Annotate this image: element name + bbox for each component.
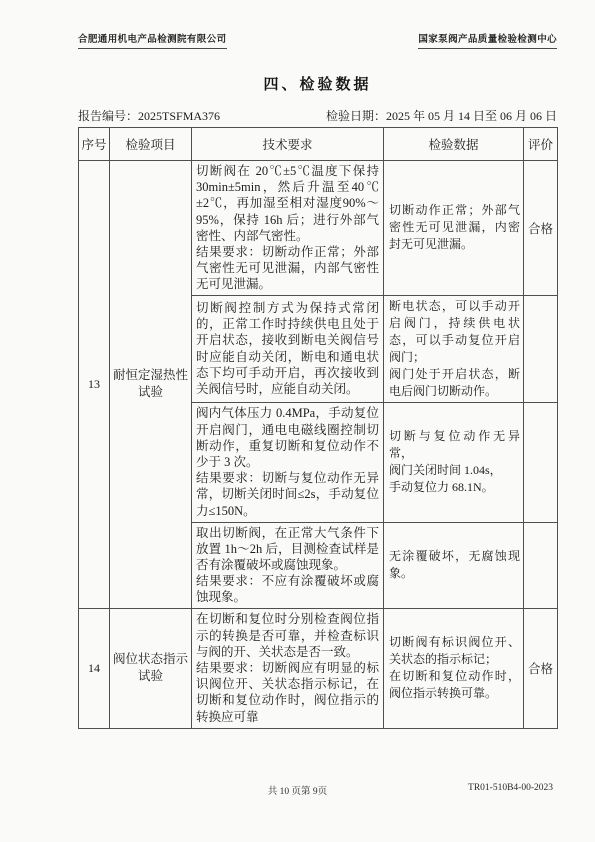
inspection-data: 切断阀有标识阀位开、关状态的指示标记； 在切断和复位动作时，阀位指示转换可靠。 <box>384 608 524 728</box>
tech-requirement: 在切断和复位时分别检查阀位指示的转换是否可靠，并检查标识与阀的开、关状态是否一致… <box>192 608 384 728</box>
col-header-requirement: 技术要求 <box>192 128 384 161</box>
tech-requirement: 取出切断阀，在正常大气条件下放置 1h～2h 后，目测检查试样是否有涂覆破坏或腐… <box>192 522 384 608</box>
inspection-date-value: 2025 年 05 月 14 日至 06 月 06 日 <box>386 109 557 123</box>
form-code: TR01-510B4-00-2023 <box>468 783 553 793</box>
inspection-date-label: 检验日期： <box>326 109 386 123</box>
table-row: 14 阀位状态指示试验 在切断和复位时分别检查阀位指示的转换是否可靠，并检查标识… <box>79 608 558 728</box>
tech-requirement: 切断阀在 20℃±5℃温度下保持30min±5min，然后升温至40℃±2℃，再… <box>192 161 384 296</box>
inspection-data: 切断动作正常；外部气密性无可见泄漏，内密封无可见泄漏。 <box>384 161 524 296</box>
document-header: 合肥通用机电产品检测院有限公司 国家泵阀产品质量检验检测中心 <box>78 0 557 49</box>
col-header-evaluation: 评价 <box>524 128 558 161</box>
inspection-date: 检验日期：2025 年 05 月 14 日至 06 月 06 日 <box>326 107 557 124</box>
page-title: 四、检验数据 <box>78 73 557 94</box>
col-header-data: 检验数据 <box>384 128 524 161</box>
tech-requirement: 切断阀控制方式为保持式常闭的，正常工作时持续供电且处于开启状态，接收到断电关阀信… <box>192 295 384 402</box>
document-footer: 共 10 页第 9页 TR01-510B4-00-2023 <box>0 783 595 797</box>
report-number-label: 报告编号： <box>78 109 138 123</box>
header-org-left: 合肥通用机电产品检测院有限公司 <box>78 31 227 49</box>
row-number: 13 <box>79 161 110 609</box>
col-header-no: 序号 <box>79 128 110 161</box>
inspection-item: 耐恒定湿热性试验 <box>110 161 192 609</box>
evaluation-badge: 合格 <box>524 608 558 728</box>
report-number: 报告编号：2025TSFMA376 <box>78 107 220 124</box>
inspection-data: 切断与复位动作无异常， 阀门关闭时间 1.04s， 手动复位力 68.1N。 <box>384 402 524 522</box>
inspection-item: 阀位状态指示试验 <box>110 608 192 728</box>
row-number: 14 <box>79 608 110 728</box>
evaluation-badge: 合格 <box>524 161 558 296</box>
inspection-data: 无涂覆破坏，无腐蚀现象。 <box>384 522 524 608</box>
table-header-row: 序号 检验项目 技术要求 检验数据 评价 <box>79 128 558 161</box>
col-header-item: 检验项目 <box>110 128 192 161</box>
report-page: 合肥通用机电产品检测院有限公司 国家泵阀产品质量检验检测中心 四、检验数据 报告… <box>0 0 595 842</box>
page-number: 共 10 页第 9页 <box>268 787 327 797</box>
inspection-data-table: 序号 检验项目 技术要求 检验数据 评价 13 耐恒定湿热性试验 切断阀在 20… <box>78 127 558 729</box>
table-row: 13 耐恒定湿热性试验 切断阀在 20℃±5℃温度下保持30min±5min，然… <box>79 161 558 296</box>
tech-requirement: 阀内气体压力 0.4MPa，手动复位开启阀门，通电电磁线圈控制切断动作，重复切断… <box>192 402 384 522</box>
report-info-row: 报告编号：2025TSFMA376 检验日期：2025 年 05 月 14 日至… <box>78 107 557 124</box>
evaluation-badge <box>524 522 558 608</box>
inspection-data: 断电状态，可以手动开启阀门，持续供电状态，可以手动复位开启阀门； 阀门处于开启状… <box>384 295 524 402</box>
header-org-right: 国家泵阀产品质量检验检测中心 <box>418 31 557 49</box>
evaluation-badge <box>524 295 558 402</box>
evaluation-badge <box>524 402 558 522</box>
report-number-value: 2025TSFMA376 <box>138 109 220 123</box>
